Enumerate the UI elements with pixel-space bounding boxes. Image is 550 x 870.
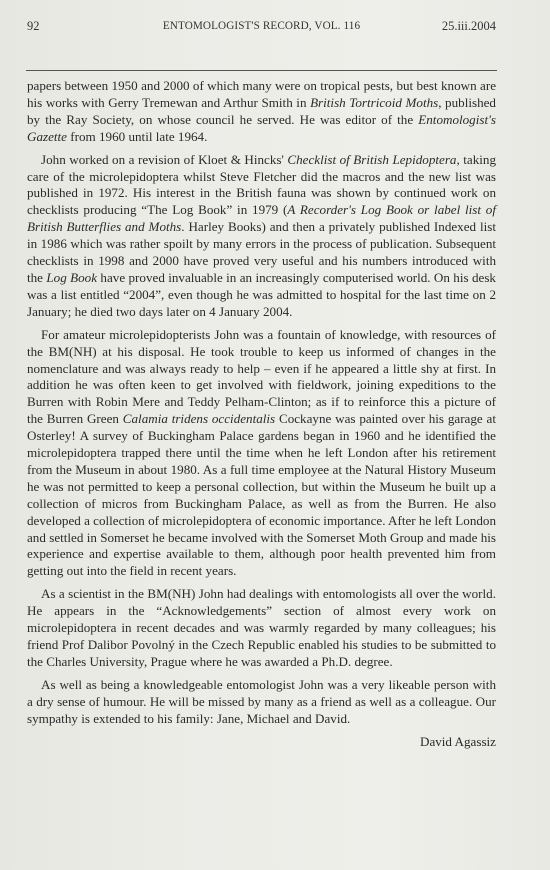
- text-run: from 1960 until late 1964.: [67, 129, 207, 144]
- italic-title: British Tortricoid Moths: [310, 95, 438, 110]
- text-run: As well as being a knowledgeable entomol…: [27, 677, 496, 726]
- journal-title: ENTOMOLOGIST'S RECORD, VOL. 116: [27, 18, 496, 34]
- running-header: 92 ENTOMOLOGIST'S RECORD, VOL. 116 25.ii…: [27, 18, 496, 34]
- article-body: papers between 1950 and 2000 of which ma…: [27, 78, 496, 756]
- paragraph: As a scientist in the BM(NH) John had de…: [27, 586, 496, 671]
- text-run: John worked on a revision of Kloet & Hin…: [41, 152, 287, 167]
- text-run: have proved invaluable in an increasingl…: [27, 270, 496, 319]
- text-run: As a scientist in the BM(NH) John had de…: [27, 586, 496, 669]
- paragraph: John worked on a revision of Kloet & Hin…: [27, 152, 496, 321]
- paragraph: As well as being a knowledgeable entomol…: [27, 677, 496, 728]
- italic-title: Log Book: [46, 270, 97, 285]
- paragraph: papers between 1950 and 2000 of which ma…: [27, 78, 496, 146]
- text-run: Cockayne was painted over his garage at …: [27, 411, 496, 578]
- author-signature: David Agassiz: [27, 734, 496, 751]
- italic-title: Checklist of British Lepidoptera: [287, 152, 456, 167]
- issue-date: 25.iii.2004: [442, 18, 496, 34]
- paragraph: For amateur microlepidopterists John was…: [27, 327, 496, 581]
- header-rule: [26, 70, 497, 71]
- italic-title: Calamia tridens occidentalis: [123, 411, 275, 426]
